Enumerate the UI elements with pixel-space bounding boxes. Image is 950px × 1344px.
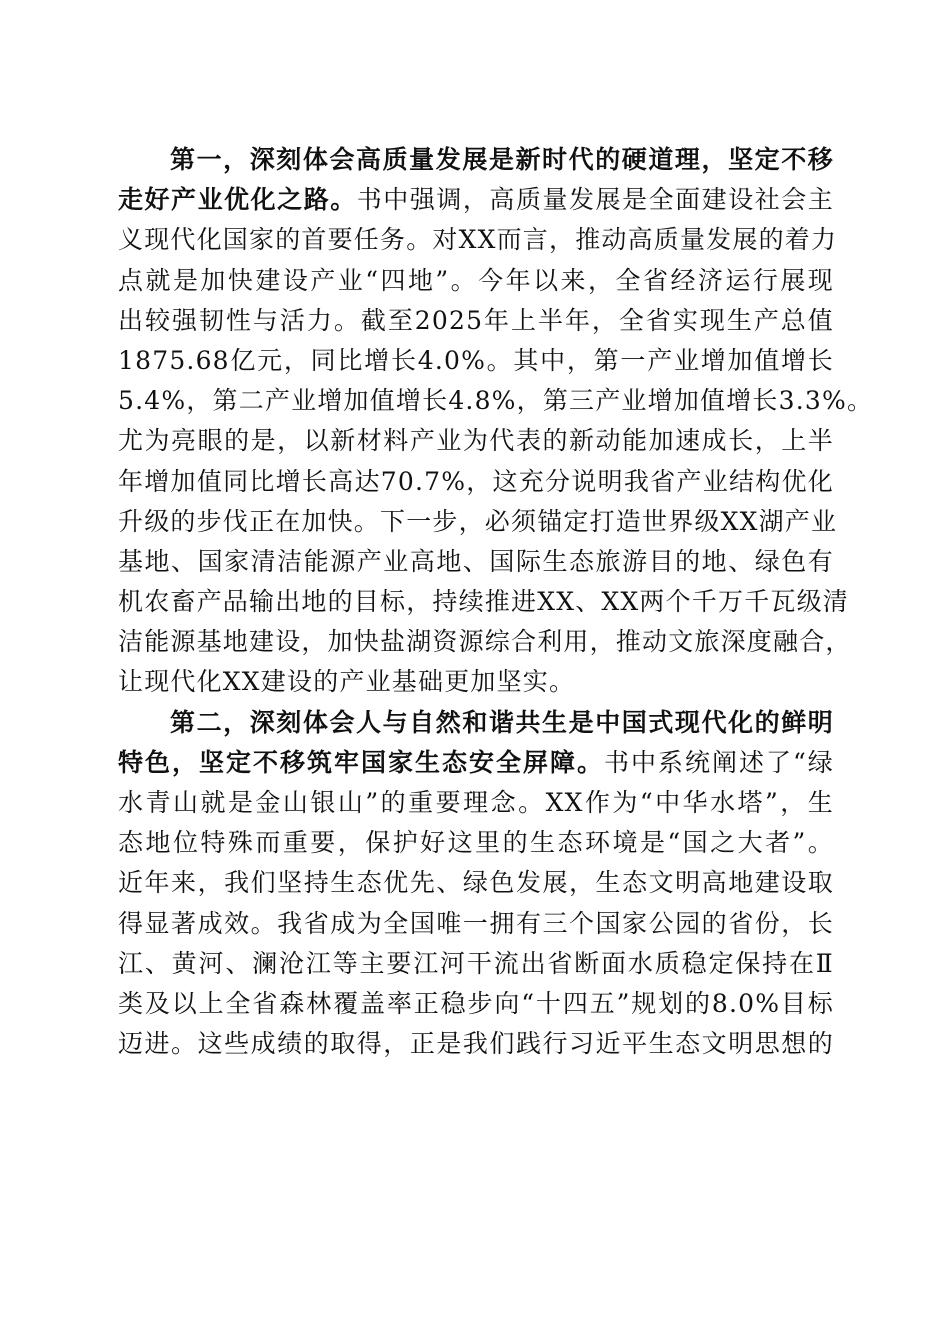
lead-text: 特色，坚定不移筑牢国家生态安全屏障。 <box>118 748 604 777</box>
body-text: 年增加值同比增长高达70.7%，这充分说明我省产业结构优化 <box>118 467 834 496</box>
paragraph-line: 第一，深刻体会高质量发展是新时代的硬道理，坚定不移 <box>118 140 834 180</box>
document-page: 第一，深刻体会高质量发展是新时代的硬道理，坚定不移 走好产业优化之路。书中强调，… <box>118 140 834 1064</box>
paragraph-line: 基地、国家清洁能源产业高地、国际生态旅游目的地、绿色有 <box>118 542 834 582</box>
paragraph-line: 近年来，我们坚持生态优先、绿色发展，生态文明高地建设取 <box>118 863 834 903</box>
paragraph-line: 机农畜产品输出地的目标，持续推进XX、XX两个千万千瓦级清 <box>118 582 834 622</box>
paragraph-line: 迈进。这些成绩的取得，正是我们践行习近平生态文明思想的 <box>118 1024 834 1064</box>
paragraph-line: 升级的步伐正在加快。下一步，必须锚定打造世界级XX湖产业 <box>118 502 834 542</box>
paragraph-line: 5.4%，第二产业增加值增长4.8%，第三产业增加值增长3.3%。 <box>118 381 834 421</box>
paragraph-line: 类及以上全省森林覆盖率正稳步向“十四五”规划的8.0%目标 <box>118 984 834 1024</box>
paragraph-line: 年增加值同比增长高达70.7%，这充分说明我省产业结构优化 <box>118 462 834 502</box>
body-text: 出较强韧性与活力。截至2025年上半年，全省实现生产总值 <box>118 306 834 335</box>
body-text: 书中强调，高质量发展是全面建设社会主 <box>357 185 834 214</box>
body-text: 得显著成效。我省成为全国唯一拥有三个国家公园的省份，长 <box>118 909 834 938</box>
paragraph-line: 义现代化国家的首要任务。对XX而言，推动高质量发展的着力 <box>118 220 834 260</box>
body-text: 基地、国家清洁能源产业高地、国际生态旅游目的地、绿色有 <box>118 547 834 576</box>
body-text: 机农畜产品输出地的目标，持续推进XX、XX两个千万千瓦级清 <box>118 587 849 616</box>
paragraph-line: 态地位特殊而重要，保护好这里的生态环境是“国之大者”。 <box>118 823 834 863</box>
paragraph-1: 第一，深刻体会高质量发展是新时代的硬道理，坚定不移 走好产业优化之路。书中强调，… <box>118 140 834 703</box>
body-text: 近年来，我们坚持生态优先、绿色发展，生态文明高地建设取 <box>118 868 834 897</box>
paragraph-line: 1875.68亿元，同比增长4.0%。其中，第一产业增加值增长 <box>118 341 834 381</box>
paragraph-line: 走好产业优化之路。书中强调，高质量发展是全面建设社会主 <box>118 180 834 220</box>
body-text: 1875.68亿元，同比增长4.0%。其中，第一产业增加值增长 <box>118 346 834 375</box>
body-text: 迈进。这些成绩的取得，正是我们践行习近平生态文明思想的 <box>118 1029 834 1058</box>
paragraph-line: 点就是加快建设产业“四地”。今年以来，全省经济运行展现 <box>118 261 834 301</box>
body-text: 态地位特殊而重要，保护好这里的生态环境是“国之大者”。 <box>118 828 834 857</box>
paragraph-line: 第二，深刻体会人与自然和谐共生是中国式现代化的鲜明 <box>118 703 834 743</box>
body-text: 升级的步伐正在加快。下一步，必须锚定打造世界级XX湖产业 <box>118 507 837 536</box>
body-text: 书中系统阐述了“绿 <box>604 748 834 777</box>
paragraph-line: 尤为亮眼的是，以新材料产业为代表的新动能加速成长，上半 <box>118 421 834 461</box>
lead-text: 第二，深刻体会人与自然和谐共生是中国式现代化的鲜明 <box>170 708 834 737</box>
body-text: 水青山就是金山银山”的重要理念。XX作为“中华水塔”，生 <box>118 788 834 817</box>
lead-text: 走好产业优化之路。 <box>118 185 357 214</box>
body-text: 类及以上全省森林覆盖率正稳步向“十四五”规划的8.0%目标 <box>118 989 834 1018</box>
paragraph-line: 江、黄河、澜沧江等主要江河干流出省断面水质稳定保持在Ⅱ <box>118 944 834 984</box>
paragraph-line: 特色，坚定不移筑牢国家生态安全屏障。书中系统阐述了“绿 <box>118 743 834 783</box>
paragraph-line: 得显著成效。我省成为全国唯一拥有三个国家公园的省份，长 <box>118 904 834 944</box>
body-text: 让现代化XX建设的产业基础更加坚实。 <box>118 667 575 696</box>
paragraph-line: 出较强韧性与活力。截至2025年上半年，全省实现生产总值 <box>118 301 834 341</box>
body-text: 江、黄河、澜沧江等主要江河干流出省断面水质稳定保持在Ⅱ <box>118 949 834 978</box>
paragraph-line: 让现代化XX建设的产业基础更加坚实。 <box>118 662 834 702</box>
lead-text: 第一，深刻体会高质量发展是新时代的硬道理，坚定不移 <box>170 145 834 174</box>
body-text: 洁能源基地建设，加快盐湖资源综合利用，推动文旅深度融合， <box>118 627 852 656</box>
body-text: 尤为亮眼的是，以新材料产业为代表的新动能加速成长，上半 <box>118 426 834 455</box>
paragraph-line: 洁能源基地建设，加快盐湖资源综合利用，推动文旅深度融合， <box>118 622 834 662</box>
paragraph-2: 第二，深刻体会人与自然和谐共生是中国式现代化的鲜明 特色，坚定不移筑牢国家生态安… <box>118 703 834 1065</box>
body-text: 义现代化国家的首要任务。对XX而言，推动高质量发展的着力 <box>118 225 837 254</box>
paragraph-line: 水青山就是金山银山”的重要理念。XX作为“中华水塔”，生 <box>118 783 834 823</box>
body-text: 点就是加快建设产业“四地”。今年以来，全省经济运行展现 <box>118 266 834 295</box>
body-text: 5.4%，第二产业增加值增长4.8%，第三产业增加值增长3.3%。 <box>118 386 873 415</box>
